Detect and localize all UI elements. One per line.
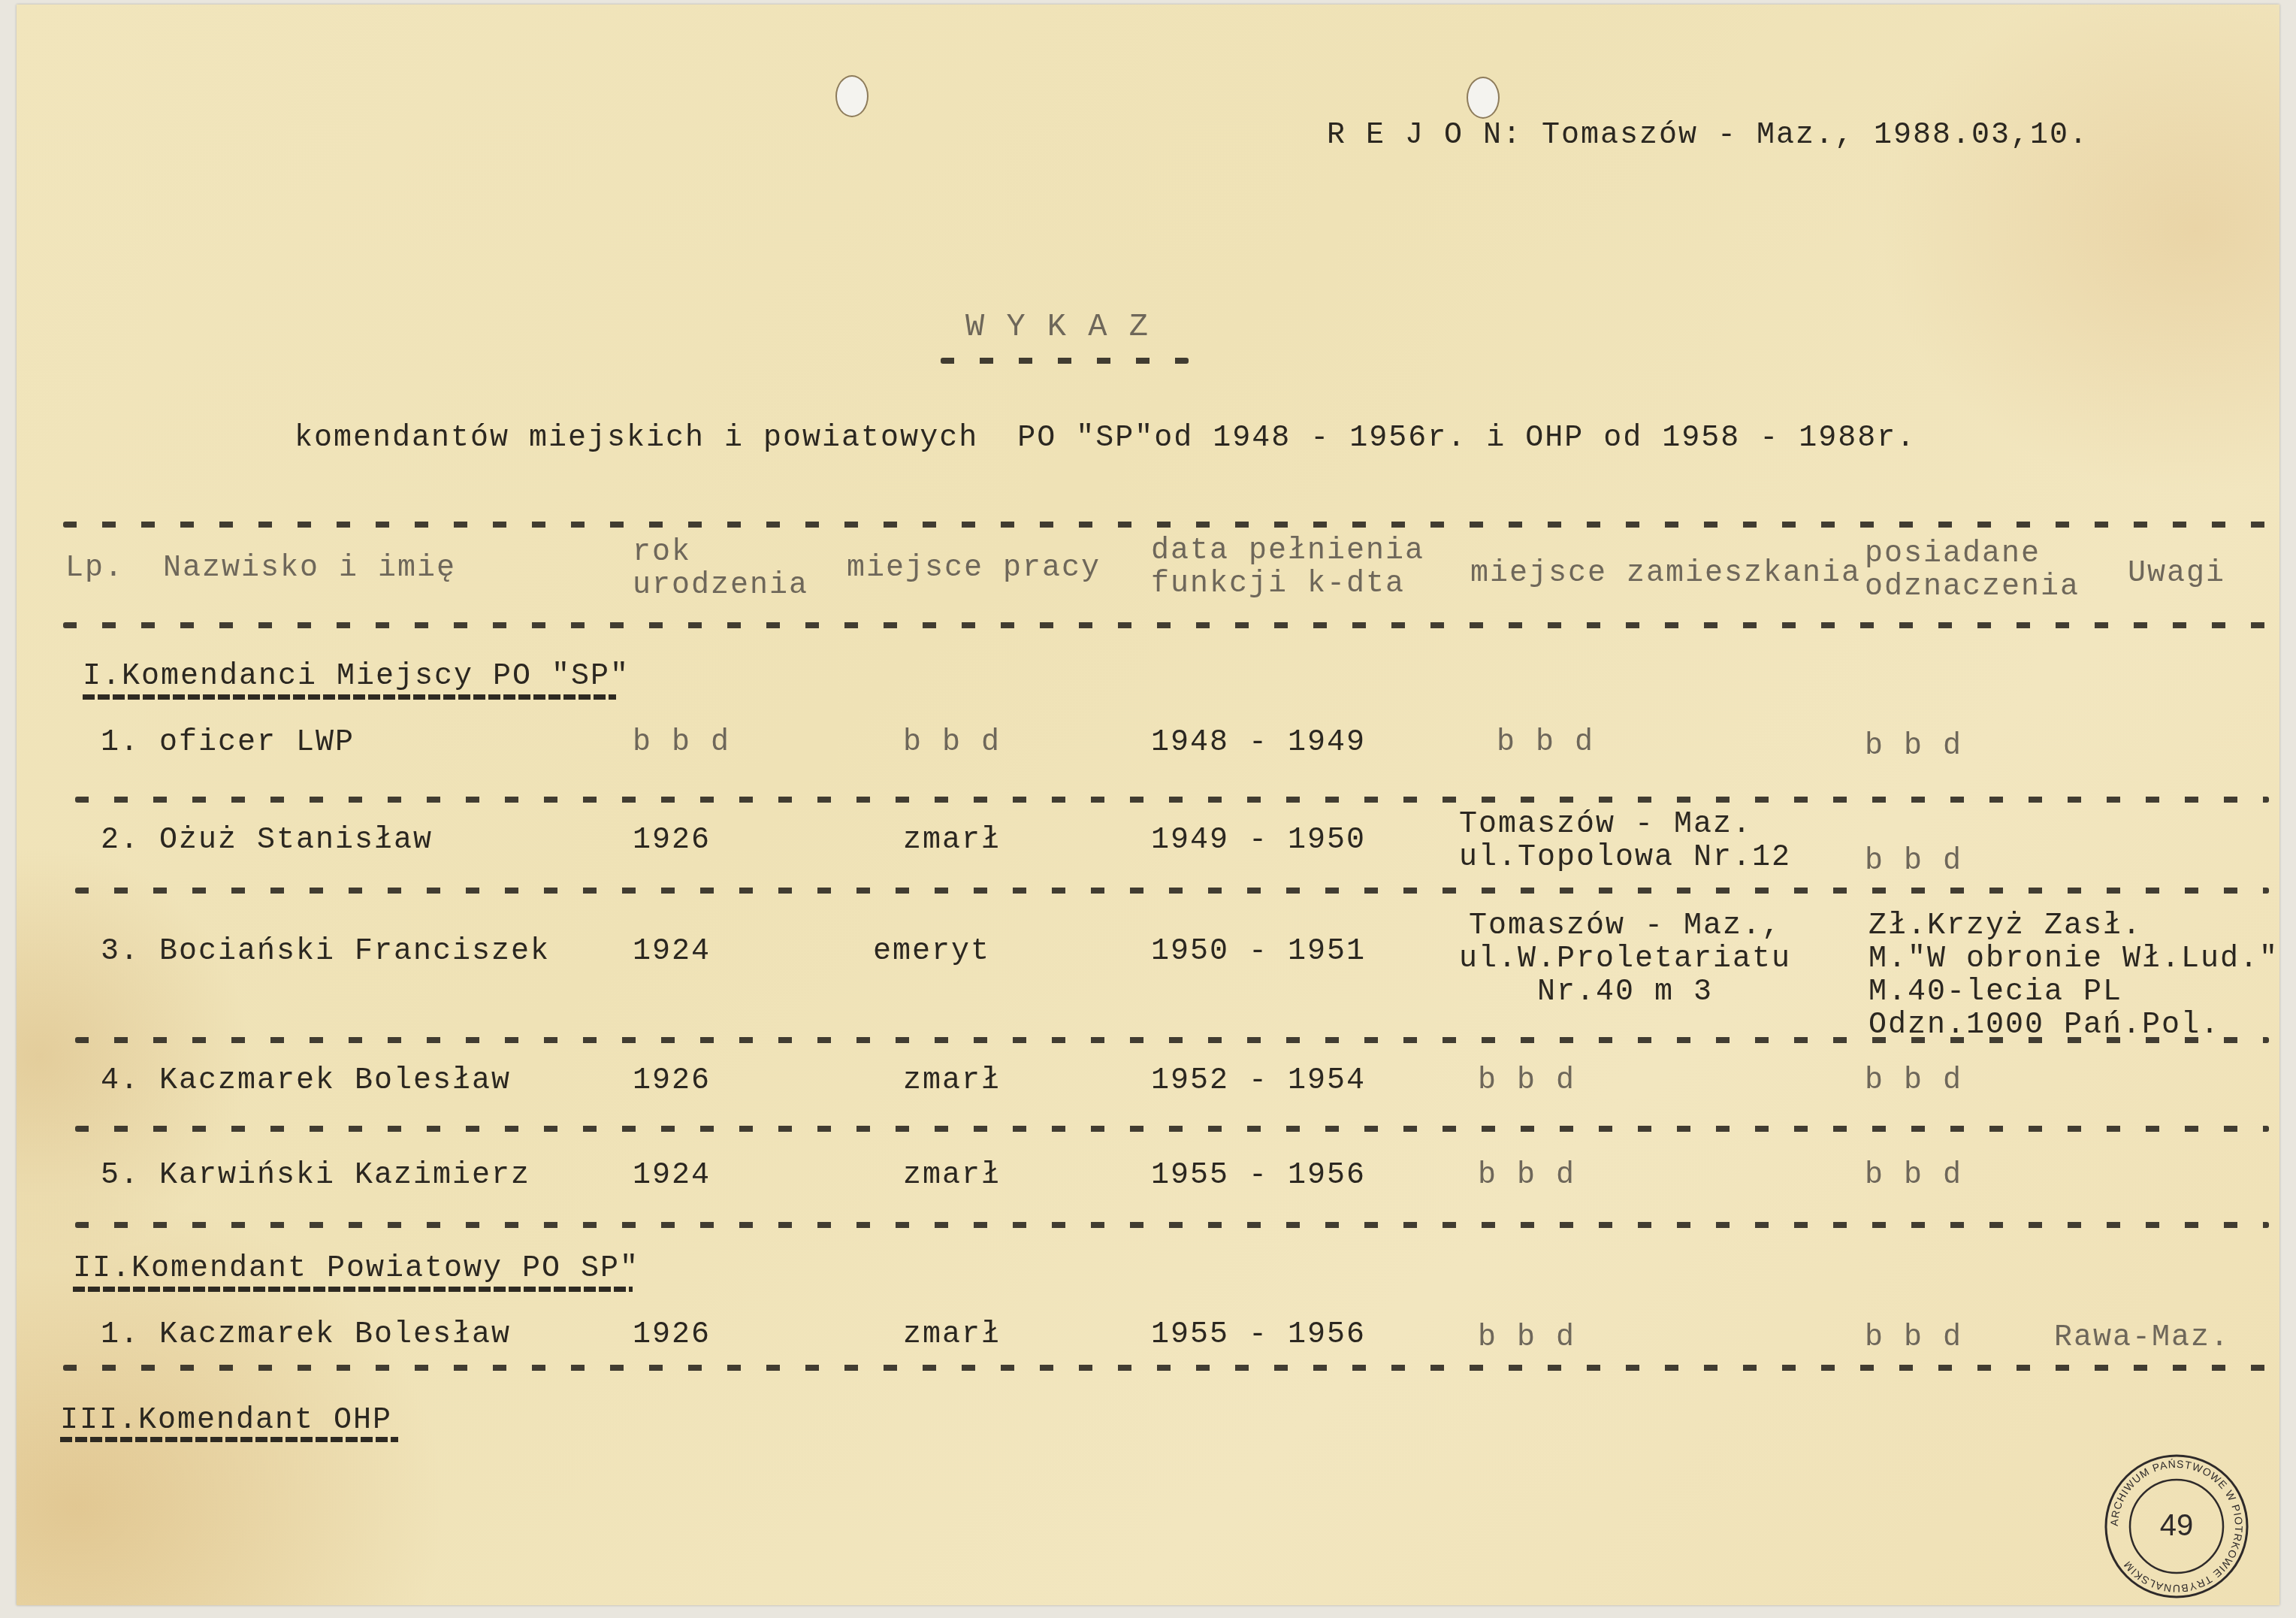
row-decorations: b b d xyxy=(1865,1064,1962,1098)
row-name: oficer LWP xyxy=(159,726,355,760)
row-term: 1955 - 1956 xyxy=(1151,1318,1366,1352)
row-rule xyxy=(63,1365,2272,1371)
row-birth-year: 1926 xyxy=(633,1318,711,1352)
row-residence: Tomaszów - Maz.,ul.W.ProletariatuNr.40 m… xyxy=(1459,910,1791,1009)
row-decorations: b b d xyxy=(1865,845,1962,879)
row-residence: b b d xyxy=(1478,1064,1575,1098)
archive-stamp-icon: ARCHIWUM PAŃSTWOWE W PIOTRKOWIE TRYBUNAL… xyxy=(2101,1451,2252,1601)
region-label: R E J O N: xyxy=(1327,119,1522,153)
row-rule xyxy=(75,797,2269,803)
row-birth-year: b b d xyxy=(633,726,730,760)
section-underline xyxy=(60,1437,398,1442)
section-underline xyxy=(73,1287,633,1292)
document-title: W Y K A Z xyxy=(965,309,1150,345)
row-rule xyxy=(75,1037,2269,1043)
row-residence: Tomaszów - Maz.ul.Topolowa Nr.12 xyxy=(1459,809,1791,875)
col-header-decorations: posiadaneodznaczenia xyxy=(1865,538,2080,604)
col-header-term: data pełnieniafunkcji k-dta xyxy=(1151,535,1424,601)
section-underline xyxy=(83,694,616,700)
col-header-birth-year: rokurodzenia xyxy=(633,537,808,603)
row-rule xyxy=(75,1222,2269,1228)
row-name: Kaczmarek Bolesław xyxy=(159,1318,511,1352)
row-decorations: b b d xyxy=(1865,1321,1962,1355)
row-lp: 2. xyxy=(101,824,140,857)
row-workplace: zmarł xyxy=(903,1064,1001,1098)
document-subtitle: komendantów miejskich i powiatowych PO "… xyxy=(295,422,1916,455)
section-title: III.Komendant OHP xyxy=(60,1404,392,1438)
row-birth-year: 1926 xyxy=(633,824,711,857)
title-underline xyxy=(941,358,1189,364)
document-page: R E J O N: Tomaszów - Maz., 1988.03,10. … xyxy=(17,5,2279,1605)
table-rule xyxy=(63,522,2272,528)
row-term: 1949 - 1950 xyxy=(1151,824,1366,857)
row-notes: Rawa-Maz. xyxy=(2054,1321,2230,1355)
row-lp: 5. xyxy=(101,1159,140,1193)
row-lp: 1. xyxy=(101,726,140,760)
table-rule xyxy=(63,622,2272,628)
punch-hole xyxy=(1467,77,1500,119)
row-workplace: zmarł xyxy=(903,1318,1001,1352)
row-name: Ożuż Stanisław xyxy=(159,824,433,857)
row-workplace: emeryt xyxy=(873,935,990,969)
row-birth-year: 1924 xyxy=(633,1159,711,1193)
row-rule xyxy=(75,888,2269,894)
row-decorations: Zł.Krzyż Zasł.M."W obronie Wł.Lud."M.40-… xyxy=(1869,910,2279,1042)
row-decorations: b b d xyxy=(1865,730,1962,764)
svg-text:49: 49 xyxy=(2160,1509,2194,1542)
row-term: 1952 - 1954 xyxy=(1151,1064,1366,1098)
row-name: Bociański Franciszek xyxy=(159,935,550,969)
row-residence: b b d xyxy=(1497,726,1594,760)
row-workplace: zmarł xyxy=(903,824,1001,857)
col-header-name: Nazwisko i imię xyxy=(163,552,456,585)
row-lp: 1. xyxy=(101,1318,140,1352)
place-date: Tomaszów - Maz., 1988.03,10. xyxy=(1542,119,2089,153)
row-lp: 4. xyxy=(101,1064,140,1098)
row-name: Karwiński Kazimierz xyxy=(159,1159,530,1193)
row-term: 1948 - 1949 xyxy=(1151,726,1366,760)
row-decorations: b b d xyxy=(1865,1159,1962,1193)
row-residence: b b d xyxy=(1478,1159,1575,1193)
row-residence: b b d xyxy=(1478,1321,1575,1355)
row-birth-year: 1926 xyxy=(633,1064,711,1098)
row-name: Kaczmarek Bolesław xyxy=(159,1064,511,1098)
row-lp: 3. xyxy=(101,935,140,969)
row-rule xyxy=(75,1126,2269,1132)
punch-hole xyxy=(835,75,869,117)
section-title: I.Komendanci Miejscy PO "SP" xyxy=(83,660,630,694)
row-term: 1950 - 1951 xyxy=(1151,935,1366,969)
section-title: II.Komendant Powiatowy PO SP" xyxy=(73,1252,639,1286)
col-header-residence: miejsce zamieszkania xyxy=(1470,557,1861,591)
col-header-workplace: miejsce pracy xyxy=(847,552,1101,585)
col-header-lp: Lp. xyxy=(65,552,124,585)
row-birth-year: 1924 xyxy=(633,935,711,969)
col-header-notes: Uwagi xyxy=(2128,557,2225,591)
row-workplace: b b d xyxy=(903,726,1001,760)
row-term: 1955 - 1956 xyxy=(1151,1159,1366,1193)
row-workplace: zmarł xyxy=(903,1159,1001,1193)
